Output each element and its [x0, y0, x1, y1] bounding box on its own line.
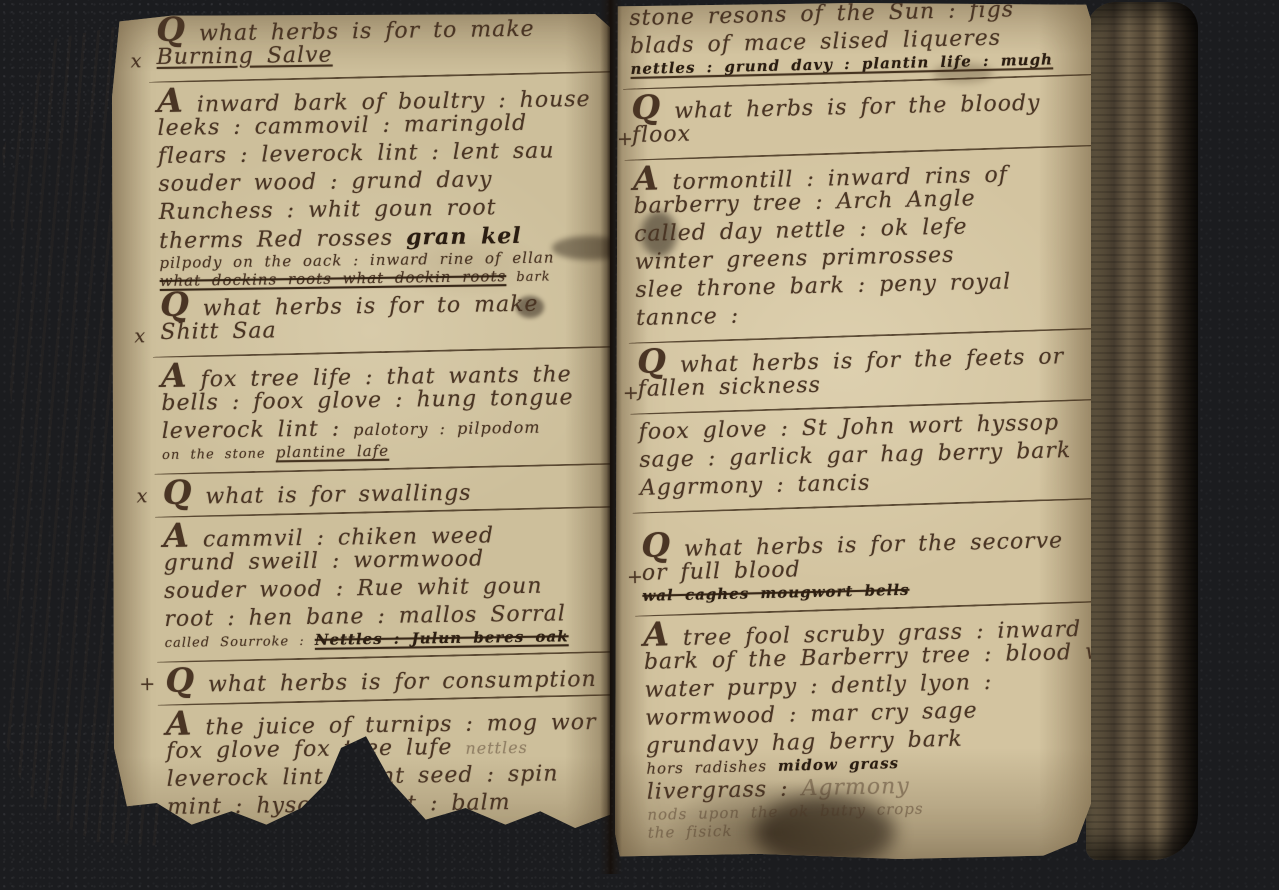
line-segment: midow grass	[778, 754, 900, 775]
left-page: Q what herbs is for to makeBurning Salve…	[112, 14, 610, 848]
line-segment: souder wood : Rue whit goun	[164, 574, 543, 604]
line-segment: tannce :	[636, 304, 740, 331]
line-segment: Nettles : Julun beres oak	[315, 627, 569, 649]
line-segment: bells : foox glove : hung tongue	[161, 385, 574, 416]
line-segment: Shitt Saa	[160, 318, 277, 345]
line-segment: livergrass :	[647, 776, 802, 805]
book-fore-edge-pages	[1086, 2, 1198, 860]
line-segment: Burning Salve	[156, 43, 332, 70]
line-segment: hors radishes	[646, 757, 778, 778]
margin-mark: x	[134, 322, 146, 350]
line-segment: floox	[632, 122, 692, 148]
margin-mark: x	[130, 47, 142, 75]
line-segment: gran kel	[406, 223, 522, 251]
line-segment: palotory : pilpodom	[353, 418, 540, 440]
line-segment: therms Red rosses	[159, 226, 406, 254]
line-segment: called Sourroke :	[165, 634, 315, 651]
line-segment: Runchess : whit goun root	[159, 195, 497, 225]
line-segment: the fisick	[648, 822, 733, 842]
line-segment: nettles	[465, 738, 528, 758]
line-segment: flears : leverock lint : lent sau	[158, 138, 555, 169]
line-segment: Agrmony	[801, 774, 910, 801]
line-segment: or full blood	[642, 557, 801, 586]
left-page-text: Q what herbs is for to makeBurning Salve…	[156, 14, 610, 848]
line-segment: on the stone	[162, 446, 276, 463]
line-segment: grund sweill : wormwood	[163, 546, 484, 575]
line-segment: leeks : cammovil : maringold	[157, 111, 527, 141]
line-segment: fallen sickness	[637, 373, 821, 402]
line-segment: souder wood : grund davy	[158, 167, 493, 197]
line-segment: bark	[506, 270, 551, 286]
book-gutter-shadow	[600, 0, 622, 874]
right-page-text: stone resons of the Sun : figsblads of m…	[629, 3, 1091, 843]
margin-mark: +	[139, 670, 156, 698]
line-segment: leverock lint :	[162, 416, 354, 444]
line-segment: fox glove fox tree lufe	[166, 735, 465, 764]
line-segment: plantine lafe	[276, 442, 390, 462]
right-page: stone resons of the Sun : figsblads of m…	[615, 3, 1091, 859]
manuscript-photo: Q what herbs is for to makeBurning Salve…	[0, 0, 1279, 890]
line-segment: Aggrmony : tancis	[640, 471, 871, 501]
margin-mark: x	[137, 482, 149, 510]
